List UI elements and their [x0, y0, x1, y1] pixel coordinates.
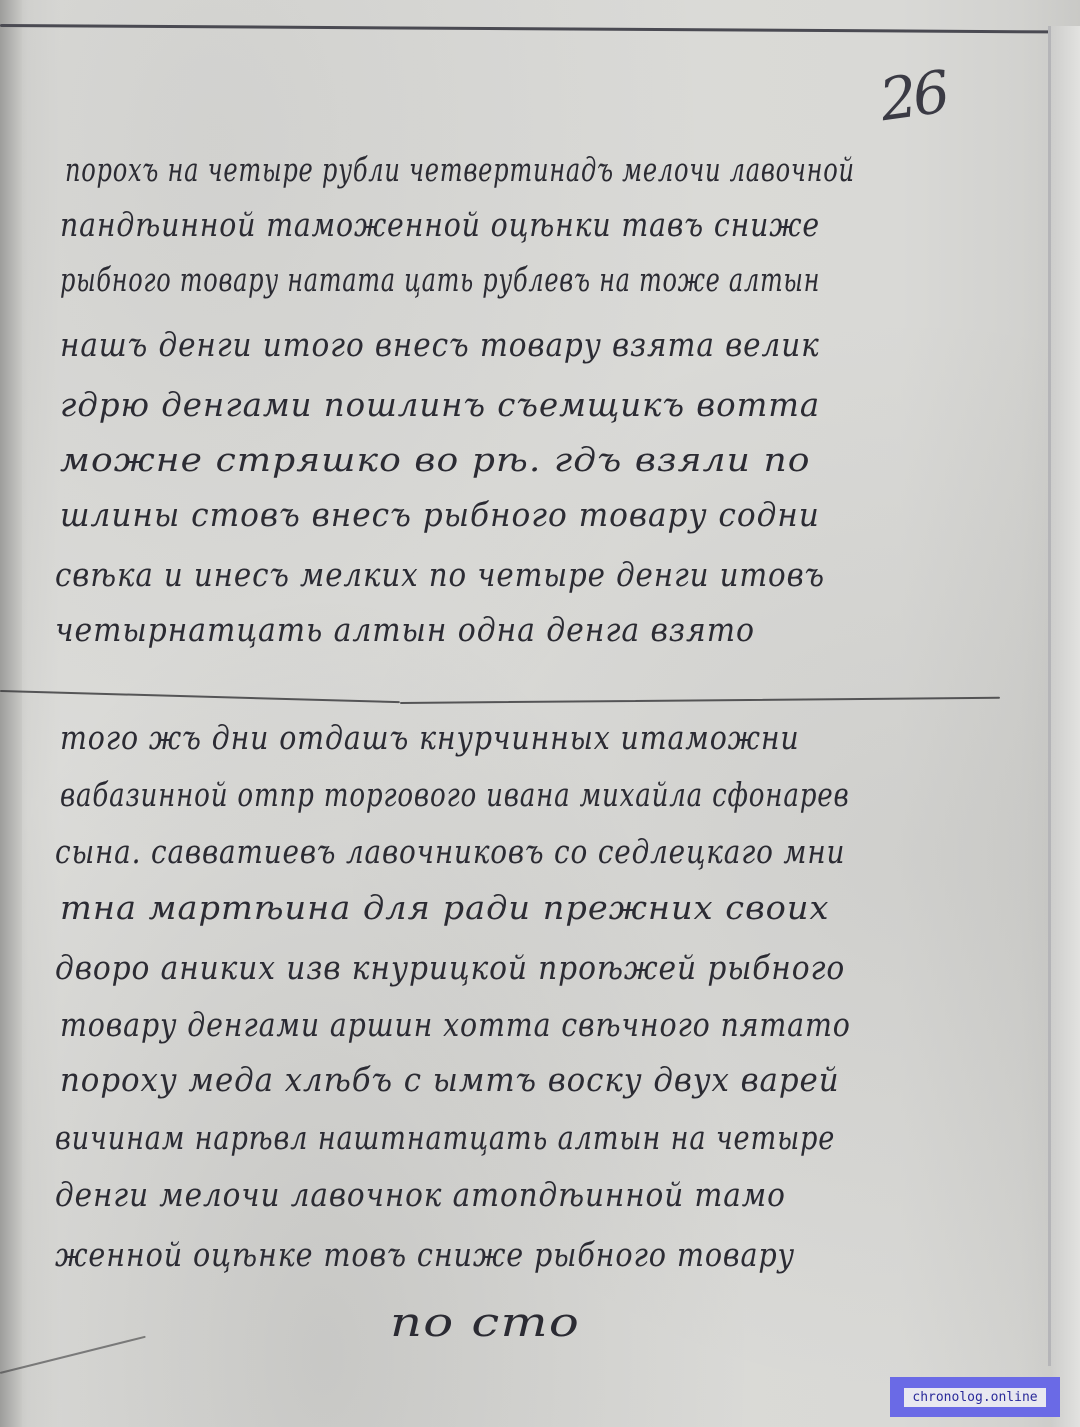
text-line: дворо аниких изв кнурицкой проѣжей рыбно… [55, 948, 845, 987]
manuscript-scan: 26 порохъ на четыре рубли четвертинадъ м… [0, 0, 1080, 1427]
text-line: рыбного товару натата цать рублевъ на то… [60, 260, 820, 299]
watermark-text: chronolog.online [904, 1388, 1045, 1407]
text-line: женной оцѣнке товъ сниже рыбного товару [55, 1235, 795, 1274]
text-line: тна мартѣина для ради прежних своих [60, 888, 829, 927]
text-line: вабазинной отпр торгового ивана михайла … [60, 775, 849, 814]
text-line: нашъ денги итого внесъ товару взята вели… [60, 325, 820, 364]
text-line: вичинам нарѣвл наштнатцать алтын на четы… [55, 1118, 835, 1157]
text-line: того жъ дни отдашъ кнурчинных итаможни [60, 718, 800, 757]
text-line: гдрю денгами пошлинъ съемщикъ вотта [60, 385, 820, 424]
text-line: можне стряшко во рѣ. гдъ взяли по [60, 440, 811, 479]
watermark: chronolog.online [890, 1377, 1060, 1417]
text-line: порохъ на четыре рубли четвертинадъ мело… [65, 150, 855, 189]
text-line: товару денгами аршин хотта свѣчного пята… [60, 1005, 851, 1044]
manuscript-text: порохъ на четыре рубли четвертинадъ мело… [0, 0, 1080, 1427]
text-line: пороху меда хлѣбъ с ымтъ воску двух варе… [60, 1060, 840, 1099]
closing-text: по сто [390, 1300, 580, 1346]
text-line: сына. савватиевъ лавочниковъ со седлецка… [55, 832, 845, 871]
text-line: пандѣинной таможенной оцѣнки тавъ сниже [60, 205, 820, 244]
text-line: шлины стовъ внесъ рыбного товару содни [60, 495, 820, 534]
text-line: денги мелочи лавочнок атопдѣинной тамо [55, 1175, 786, 1214]
text-line: четырнатцать алтын одна денга взято [55, 610, 755, 649]
text-line: свѣка и инесъ мелких по четыре денги ито… [55, 555, 825, 594]
